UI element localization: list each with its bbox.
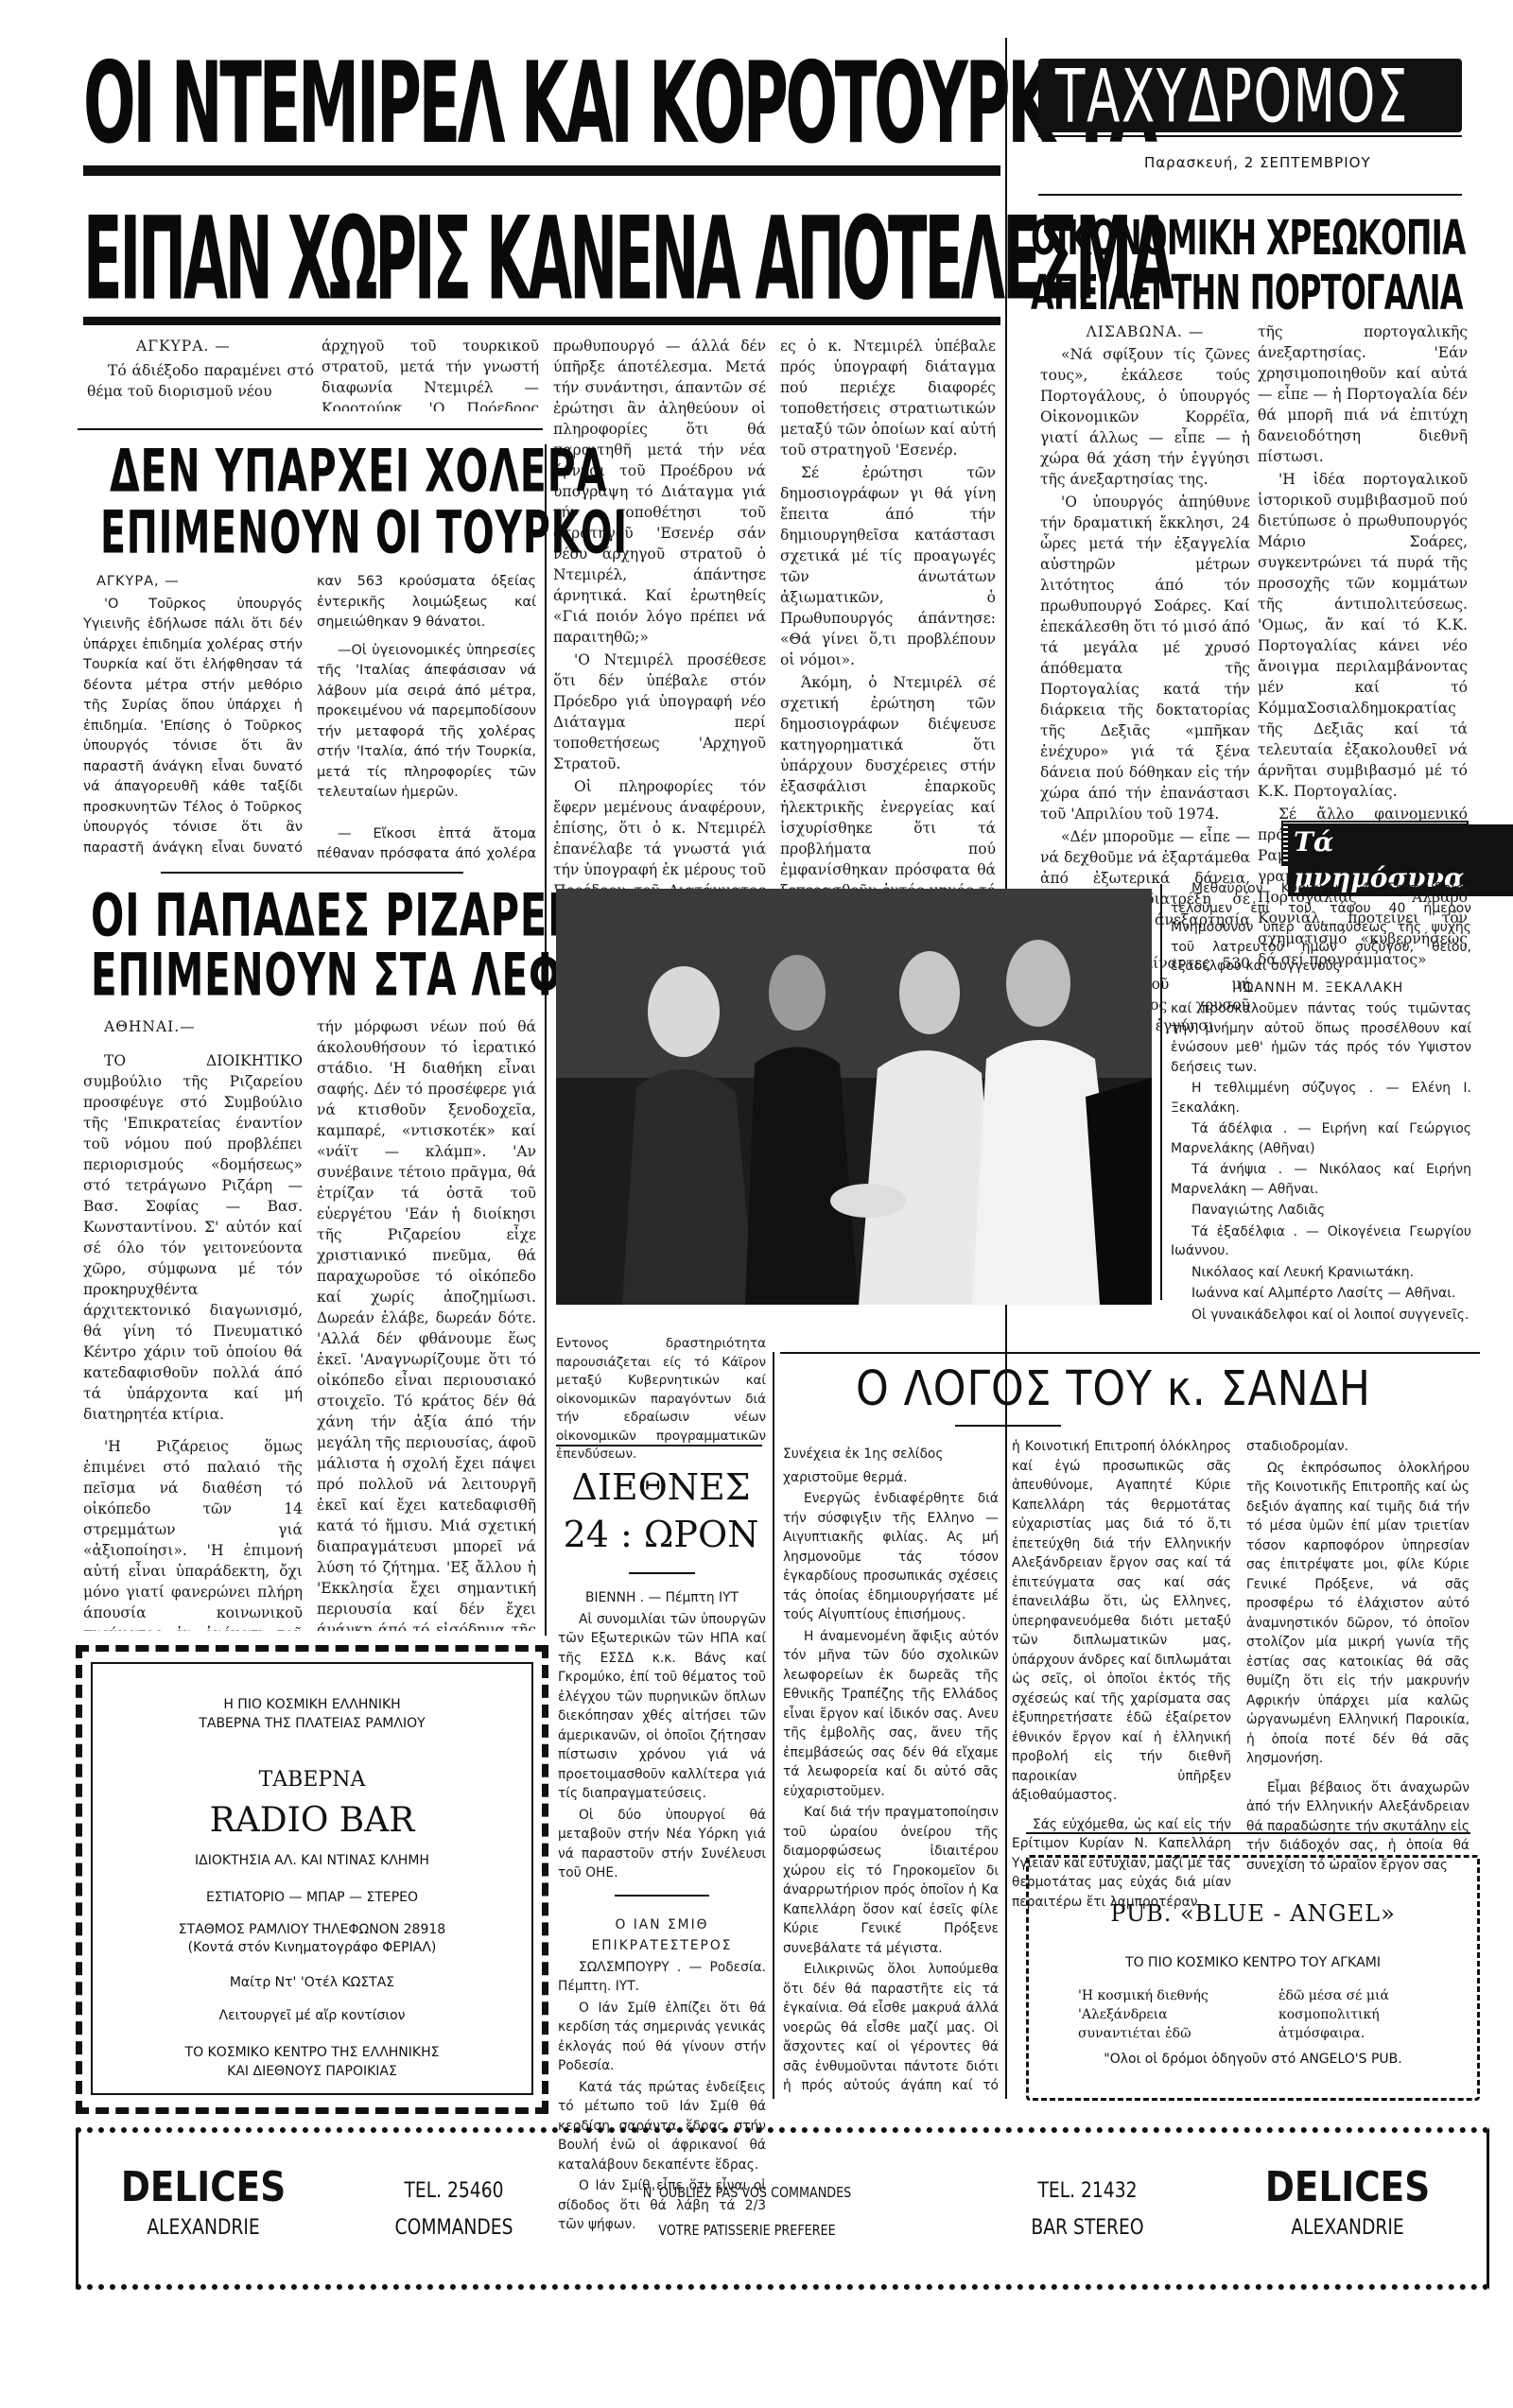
delices-name: DELICES [1251, 2165, 1444, 2210]
delices-name: DELICES [111, 2165, 296, 2210]
paragraph: Η τεθλιμμένη σύζυγος . — Ελένη Ι. Ξεκαλά… [1171, 1079, 1471, 1117]
continuation-note: Συνέχεια ἐκ 1ης σελίδος [783, 1445, 999, 1464]
paragraph: 'Ο Ντεμιρέλ προσέθεσε ὅτι δέν ὑπέβαλε στ… [553, 650, 766, 774]
delices-city: ALEXANDRIE [1251, 2216, 1444, 2240]
dateline: ΑΓΚΥΡΑ. — [87, 336, 314, 356]
divider [629, 1572, 695, 1574]
divider [1038, 135, 1462, 137]
paragraph: 'Η ἰδέα πορτογαλικοῦ ἱστορικοῦ συμβιβασμ… [1258, 469, 1468, 802]
delices-middle: N' OUBLIEZ PAS VOS COMMANDES VOTRE PATIS… [586, 2184, 908, 2239]
divider [1026, 1832, 1470, 1834]
paragraph: καν 563 κρούσματα ὀξείας ἐντερικῆς λοιμώ… [317, 572, 536, 633]
paragraph: τῆς πορτογαλικῆς άνεξαρτησίας. 'Εάν χρησ… [1258, 321, 1468, 467]
paragraph: Καί διά τήν πραγματοποίησιν τοῦ ὡραίου ὀ… [783, 1803, 999, 1958]
delices-tel2: TEL. 21432 BAR STEREO [983, 2179, 1191, 2240]
paragraph: Νικόλαος καί Λευκή Κρανιωτάκη. [1171, 1263, 1471, 1283]
paragraph: —Οἱ ὑγειονομικές ὑπηρεσίες τῆς 'Ιταλίας … [317, 641, 536, 804]
radio-bar-tag2: ΚΑΙ ΔΙΕΘΝΟΥΣ ΠΑΡΟΙΚΙΑΣ [76, 2064, 548, 2079]
cholera-headline-line1: ΔΕΝ ΥΠΑΡΧΕΙ ΧΟΛΕΡΑ [110, 437, 607, 506]
paragraph: Παναγιώτης Λαδιᾶς [1171, 1201, 1471, 1221]
tagline: VOTRE PATISSERIE PREFEREE [611, 2222, 884, 2239]
dateline: ΣΩΛΣΜΠΟΥΡΥ . — Ροδεσία. Πέμπτη. ΙΥΤ. [558, 1958, 766, 1997]
paragraph: Ο Ιάν Σμίθ ἐλπίζει ὅτι θά κερδίση τάς ση… [558, 1999, 766, 2076]
column-rule [1160, 884, 1162, 1300]
paragraph: ΤΟ ΔΙΟΙΚΗΤΙΚΟ συμβούλιο τῆς Ριζαρείου πρ… [83, 1050, 303, 1425]
subhead: Ο ΙΑΝ ΣΜΙΘ [558, 1915, 766, 1935]
paragraph: χαριστοῦμε θερμά. [783, 1468, 999, 1488]
paragraph: — Εἴκοσι ἑπτά ἄτομα πέθαναν πρόσφατα άπό… [317, 824, 536, 861]
dateline: ΛΙΣΑΒΩΝΑ. — [1040, 321, 1250, 342]
lead-col3: πρωθυπουργό — άλλά δέν ύπῆρξε άποτέλεσμα… [553, 336, 766, 889]
divider [161, 872, 463, 874]
radio-bar-name: RADIO BAR [76, 1801, 548, 1840]
title-line: ΔΙΕΘΝΕΣ [556, 1464, 766, 1511]
paragraph: Αἱ συνομιλίαι τῶν ὑπουργῶν τῶν Εξωτερικῶ… [558, 1610, 766, 1804]
portugal-headline-line1: ΟΙΚΟΝΟΜΙΚΗ ΧΡΕΩΚΟΠΙΑ [1031, 210, 1466, 266]
radio-bar-aircon: Λειτουργεῖ μέ αἴρ κοντίσιον [76, 2008, 548, 2023]
issue-date: Παρασκευή, 2 ΣΕΠΤΕΜΒΡΙΟΥ [1144, 154, 1371, 171]
sandi-col2: ἡ Κοινοτική Επιτροπή ὁλόκληρος καί ἐγώ π… [1012, 1437, 1231, 1914]
paragraph: Σέ ἐρώτησι τῶν δημοσιογράφων γι θά γίνη … [780, 462, 996, 670]
title-line: 24 : ΩΡΟΝ [556, 1511, 766, 1558]
divider [83, 317, 1000, 325]
portugal-headline-line2: ΑΠΕΙΛΕΙ ΤΗΝ ΠΟΡΤΟΓΑΛΙΑ [1031, 265, 1463, 320]
tagline: N' OUBLIEZ PAS VOS COMMANDES [611, 2184, 884, 2201]
dateline: ΑΓΚΥΡΑ, — [83, 572, 303, 593]
column-rule [545, 444, 547, 1636]
divider [78, 428, 543, 430]
paragraph: Ενεργῶς ἐνδιαφέρθητε διά τήν σύσφιγξιν τ… [783, 1489, 999, 1625]
rizareios-headline-line2: ΕΠΙΜΕΝΟΥΝ ΣΤΑ ΛΕΦΤΑ [91, 941, 619, 1010]
paragraph: καί προσκαλοῦμεν πάντας τούς τιμῶντας τή… [1171, 999, 1471, 1077]
paragraph: Μεθαύριον Κυριακήν 4 Σεπτεμβρίου τελοῦμε… [1171, 879, 1471, 977]
blue-angel-col2: ἐδῶ μέσα σέ μιά κοσμοπολιτική ἀτμόσφαιρα… [1278, 1986, 1449, 2043]
divider [556, 1445, 762, 1447]
news-photo [556, 889, 1152, 1305]
paragraph: Ιωάννα καί Αλμπέρτο Λασίτς — Αθῆναι. [1171, 1284, 1471, 1304]
lead-headline-line2: ΕΙΠΑΝ ΧΩΡΙΣ ΚΑΝΕΝΑ ΑΠΟΤΕΛΕΣΜΑ [83, 192, 1171, 325]
delices-left: DELICES ALEXANDRIE [95, 2165, 312, 2240]
radio-bar-tag1: ΤΟ ΚΟΣΜΙΚΟ ΚΕΝΤΡΟ ΤΗΣ ΕΛΛΗΝΙΚΗΣ [76, 2045, 548, 2060]
deceased-name: ΙΩΑΝΝΗ Μ. ΞΕΚΑΛΑΚΗ [1171, 979, 1471, 998]
phone-number: TEL. 21432 [1000, 2179, 1176, 2203]
paragraph: Οἱ δύο ὑπουργοί θά μεταβοῦν στήν Νέα Υόρ… [558, 1806, 766, 1883]
paragraph: Τά άδέλφια . — Ειρήνη καί Γεώργιος Μαρνε… [1171, 1119, 1471, 1158]
lead-headline-line1: ΟΙ ΝΤΕΜΙΡΕΛ ΚΑΙ ΚΟΡΟΤΟΥΡΚ ΤΑ [83, 40, 1155, 169]
paragraph: 'Η Ριζάρειος ὅμως ἐπιμένει στό παλαιό τῆ… [83, 1436, 303, 1631]
cholera-col1: ΑΓΚΥΡΑ, — 'Ο Τοῦρκος ὑπουργός Υγιεινῆς ἐ… [83, 572, 303, 860]
radio-bar-near: (Κοντά στόν Κινηματογράφο ΦΕΡΙΑΛ) [76, 1940, 548, 1955]
paragraph: «Νά σφίξουν τίς ζῶνες τους», ἐκάλεσε τού… [1040, 344, 1250, 490]
paragraph: ἡ Κοινοτική Επιτροπή ὁλόκληρος καί ἐγώ π… [1012, 1437, 1231, 1806]
subhead: ΕΠΙΚΡΑΤΕΣΤΕΡΟΣ [558, 1936, 766, 1956]
lead-col4: ες ὁ κ. Ντεμιρέλ ὑπέβαλε πρός ὑπογραφή δ… [780, 336, 996, 889]
radio-bar-services: ΕΣΤΙΑΤΟΡΙΟ — ΜΠΑΡ — ΣΤΕΡΕΟ [76, 1890, 548, 1905]
column-rule [773, 1352, 774, 2099]
paragraph: 'Ο ὑπουργός ἀπηύθυνε τήν δραματική ἔκκλη… [1040, 492, 1250, 824]
paragraph: ες ὁ κ. Ντεμιρέλ ὑπέβαλε πρός ὑπογραφή δ… [780, 336, 996, 460]
sandi-col1: Συνέχεια ἐκ 1ης σελίδος χαριστοῦμε θερμά… [783, 1445, 999, 2097]
paragraph: Οἱ γυναικάδελφοι καί οἱ λοιποί συγγενεῖς… [1171, 1306, 1471, 1325]
radio-bar-owners: ΙΔΙΟΚΤΗΣΙΑ ΑΛ. ΚΑΙ ΝΤΙΝΑΣ ΚΛΗΜΗ [76, 1853, 548, 1868]
paragraph: άρχηγοῦ τοῦ τουρκικοῦ στρατοῦ, μετά τήν … [322, 336, 539, 411]
blue-angel-subtitle: ΤΟ ΠΙΟ ΚΟΣΜΙΚΟ ΚΕΝΤΡΟ ΤΟΥ ΑΓΚΑΜΙ [1026, 1955, 1480, 1970]
radio-bar-address: ΣΤΑΘΜΟΣ ΡΑΜΛΙΟΥ ΤΗΛΕΦΩΝΟΝ 28918 [76, 1922, 548, 1937]
lead-col2: άρχηγοῦ τοῦ τουρκικοῦ στρατοῦ, μετά τήν … [322, 336, 539, 411]
sandi-headline: Ο ΛΟΓΟΣ ΤΟΥ κ. ΣΑΝΔΗ [856, 1361, 1371, 1417]
divider [780, 1352, 1480, 1354]
blue-angel-col1: 'Η κοσμική διεθνής 'Αλεξάνδρεια συναντιέ… [1078, 1986, 1253, 2043]
paragraph: Τά ἐξαδέλφια . — Οἰκογένεια Γεωργίου Ιωά… [1171, 1222, 1471, 1261]
sandi-col3: σταδιοδρομίαν. Ως ἐκπρόσωπος ὁλοκλήρου τ… [1246, 1437, 1470, 1877]
photo-image [556, 889, 1152, 1305]
rizareios-col1: ΑΘΗΝΑΙ.— ΤΟ ΔΙΟΙΚΗΤΙΚΟ συμβούλιο τῆς Ριζ… [83, 1016, 303, 1631]
paragraph: Τό άδιέξοδο παραμένει στό θέμα τοῦ διορι… [87, 360, 314, 402]
delices-tel1: TEL. 25460 COMMANDES [359, 2179, 548, 2240]
radio-bar-maitre: Μαίτρ Ντ' 'Οτέλ ΚΩΣΤΑΣ [76, 1975, 548, 1990]
paragraph: 'Ο Τοῦρκος ὑπουργός Υγιεινῆς ἐδήλωσε πάλ… [83, 595, 303, 861]
paragraph: Ειλικρινῶς ὅλοι λυπούμεθα ὅτι δέν θά παρ… [783, 1960, 999, 2097]
divider [615, 1895, 709, 1897]
paragraph: Άκόμη, ὁ Ντεμιρέλ σέ σχετική ἐρώτηση τῶν… [780, 672, 996, 889]
phone-number: TEL. 25460 [374, 2179, 534, 2203]
cholera-headline-line2: ΕΠΙΜΕΝΟΥΝ ΟΙ ΤΟΥΡΚΟΙ [100, 498, 628, 567]
paragraph: τήν μόρφωσι νέων πού θά άκολουθήσουν τό … [317, 1016, 536, 1631]
obituary-text: Μεθαύριον Κυριακήν 4 Σεπτεμβρίου τελοῦμε… [1171, 879, 1471, 1326]
dateline: ΑΘΗΝΑΙ.— [83, 1016, 303, 1037]
dateline: ΒΙΕΝΝΗ . — Πέμπτη ΙΥΤ [558, 1588, 766, 1608]
paragraph: Οἱ πληροφορίες τόν ἔφερν μεμένους άναφέρ… [553, 776, 766, 889]
paragraph: Η άναμενομένη ἄφιξις αὐτόν τόν μῆνα τῶν … [783, 1627, 999, 1802]
cholera-col2: καν 563 κρούσματα ὀξείας ἐντερικῆς λοιμώ… [317, 572, 536, 860]
rizareios-headline-line1: ΟΙ ΠΑΠΑΔΕΣ ΡΙΖΑΡΕΙΟΥ [91, 881, 626, 950]
blue-angel-footer: "Ολοι οἱ δρόμοι ὁδηγοῦν στό ANGELO'S PUB… [1026, 2052, 1480, 2067]
delices-city: ALEXANDRIE [111, 2216, 296, 2240]
rizareios-col2: τήν μόρφωσι νέων πού θά άκολουθήσουν τό … [317, 1016, 536, 1631]
paragraph: Ως ἐκπρόσωπος ὁλοκλήρου τῆς Κοινοτικῆς Ε… [1246, 1459, 1470, 1769]
radio-bar-line2: ΤΑΒΕΡΝΑ ΤΗΣ ΠΛΑΤΕΙΑΣ ΡΑΜΛΙΟΥ [76, 1716, 548, 1731]
paragraph: Τά άνήψια . — Νικόλαος καί Ειρήνη Μαρνελ… [1171, 1160, 1471, 1199]
delices-right: DELICES ALEXANDRIE [1234, 2165, 1461, 2240]
radio-bar-line1: Η ΠΙΟ ΚΟΣΜΙΚΗ ΕΛΛΗΝΙΚΗ [76, 1697, 548, 1712]
divider [83, 165, 1000, 176]
lead-col1: ΑΓΚΥΡΑ. — Τό άδιέξοδο παραμένει στό θέμα… [87, 336, 314, 430]
divider [1038, 194, 1462, 196]
blue-angel-title: PUB. «BLUE - ANGEL» [1026, 1900, 1480, 1927]
diethnes-title: ΔΙΕΘΝΕΣ 24 : ΩΡΟΝ [556, 1464, 766, 1558]
phone-label: BAR STEREO [1000, 2216, 1176, 2240]
masthead-title: ΤΑΧΥΔΡΟΜΟΣ [1055, 53, 1409, 139]
radio-bar-taverna: ΤΑΒΕΡΝΑ [76, 1768, 548, 1792]
divider [955, 1425, 1061, 1427]
phone-label: COMMANDES [374, 2216, 534, 2240]
paragraph: σταδιοδρομίαν. [1246, 1437, 1470, 1457]
